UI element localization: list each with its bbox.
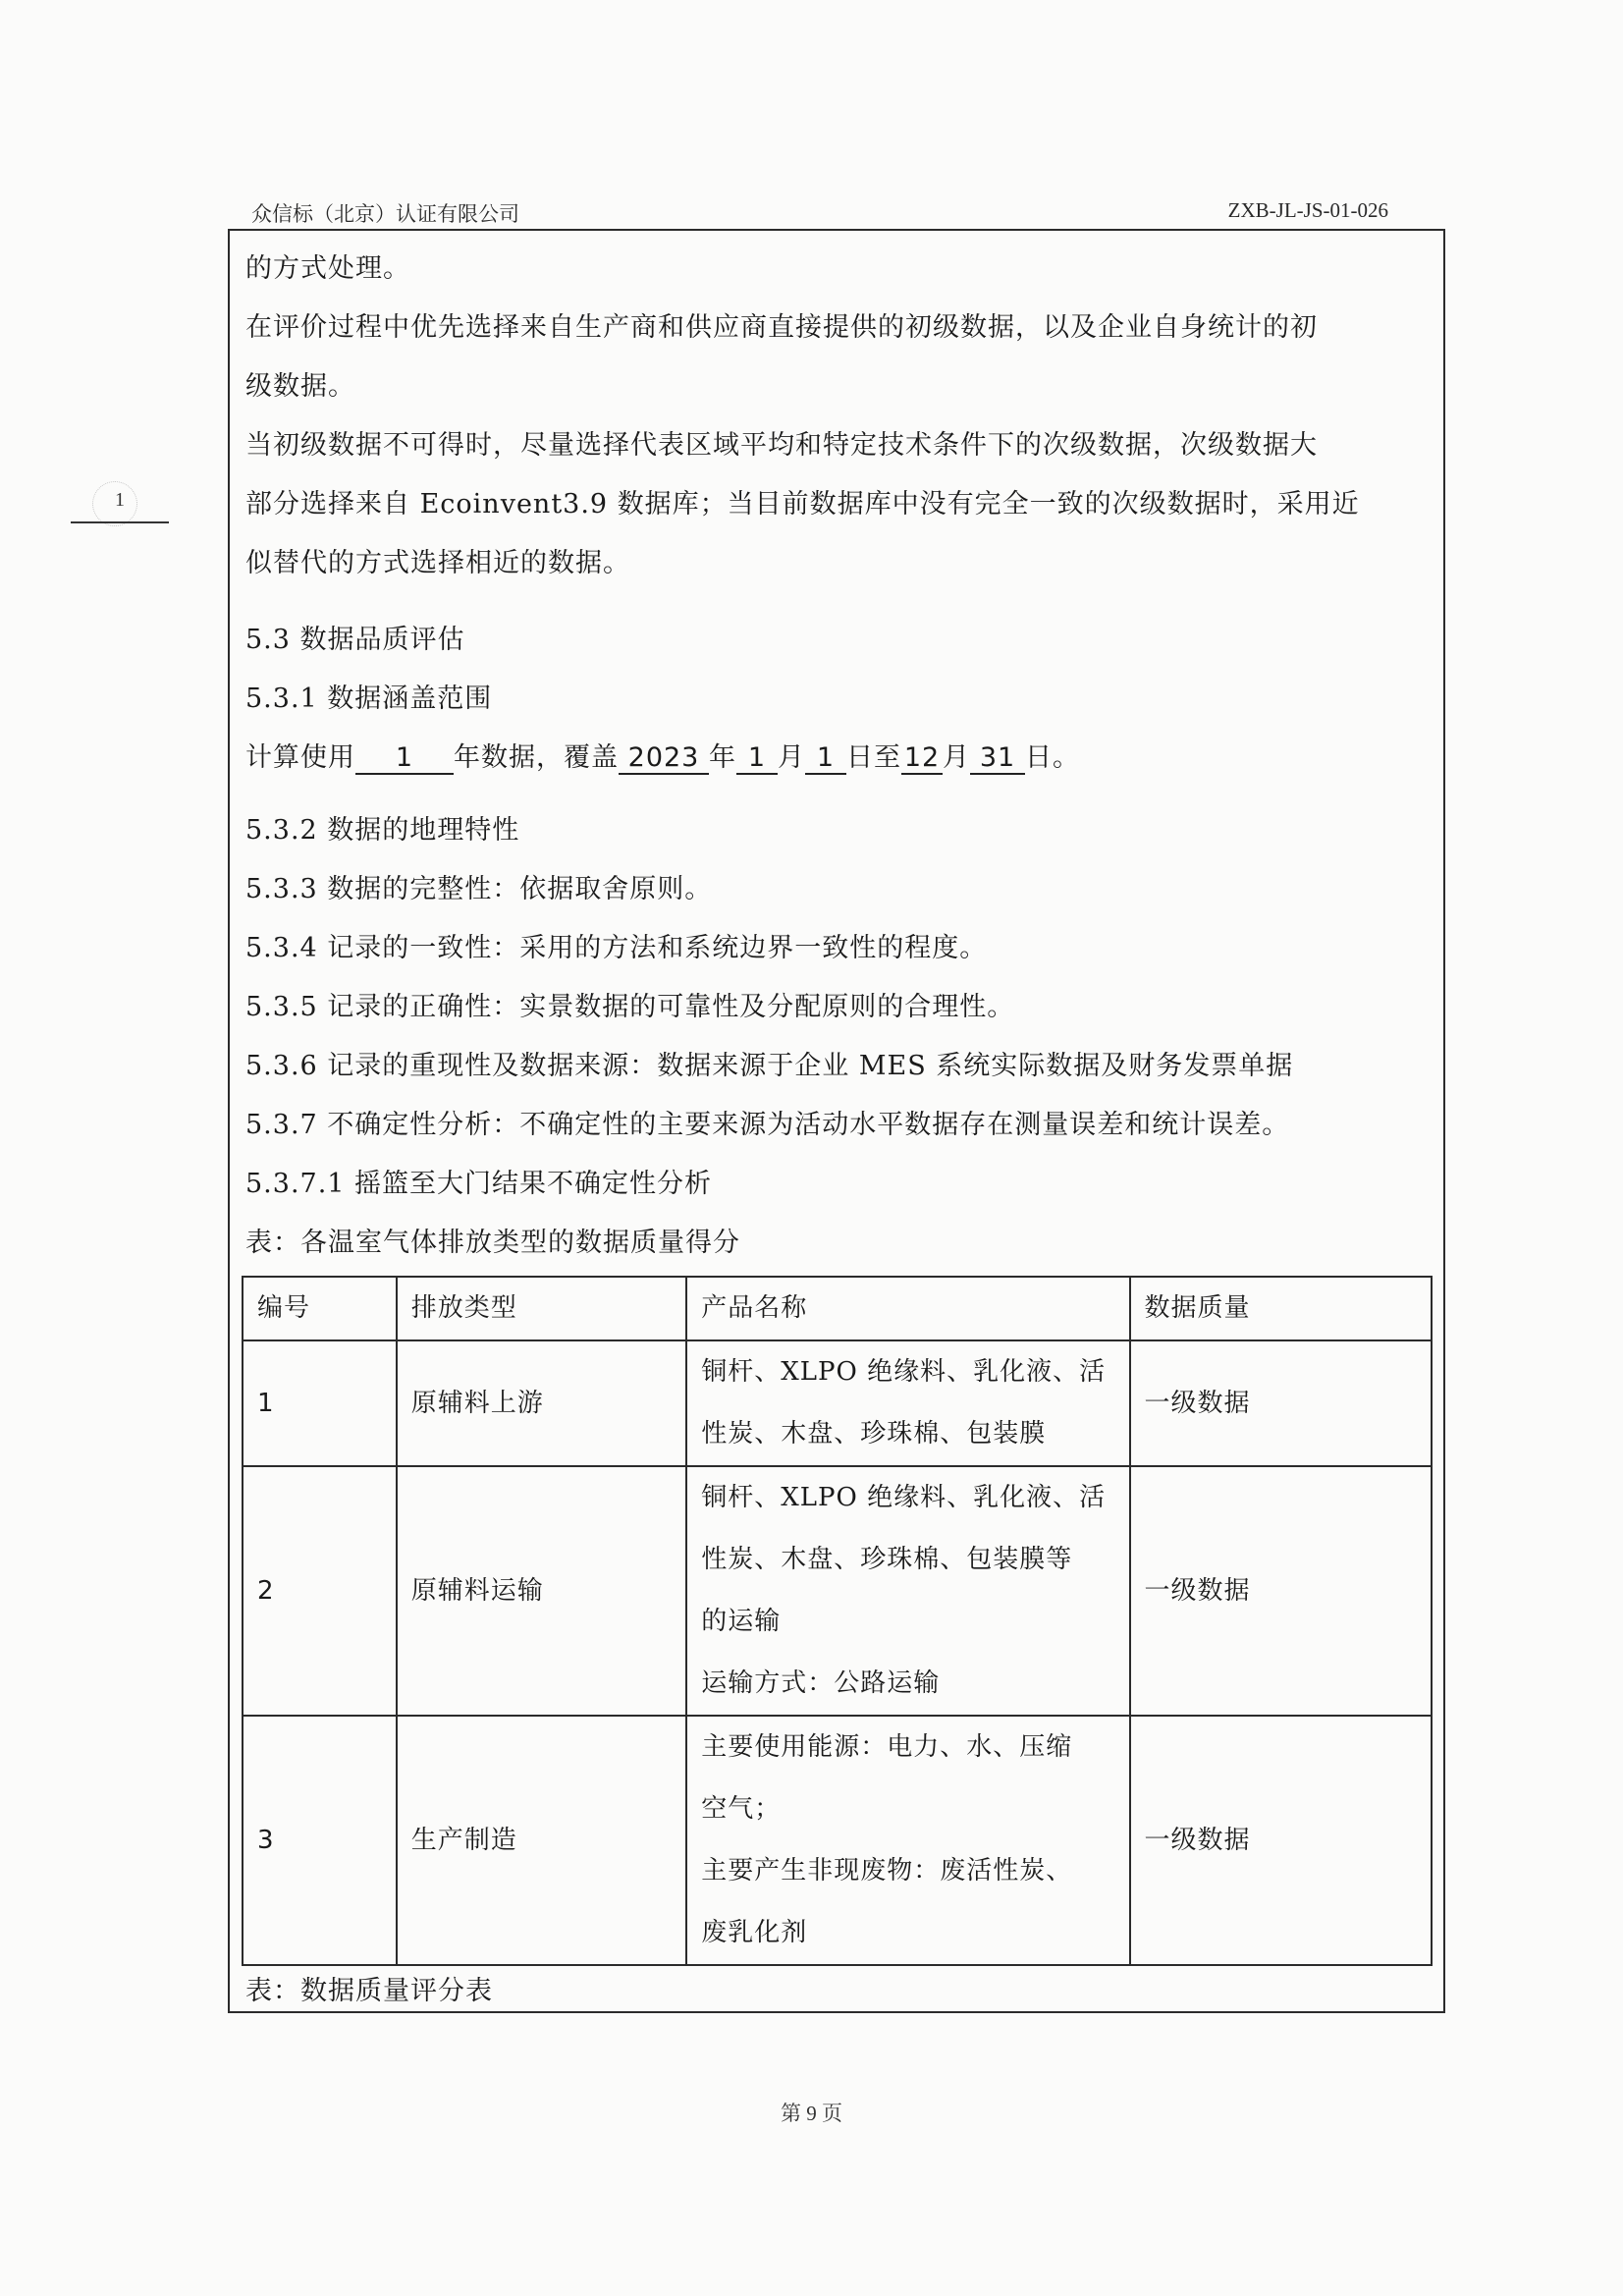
page-number: 第 9 页: [0, 2098, 1623, 2127]
month-label: 月: [943, 742, 970, 773]
row-id: 2: [243, 1466, 397, 1716]
data-quality-table: 编号 排放类型 产品名称 数据质量 1 原辅料上游 铜杆、XLPO 绝缘料、乳化…: [242, 1276, 1433, 1966]
table-caption-bottom: 表：数据质量评分表: [245, 1969, 493, 2007]
page-header: 众信标（北京）认证有限公司 ZXB-JL-JS-01-026: [251, 194, 1388, 226]
paragraph-line: 似替代的方式选择相近的数据。: [245, 541, 630, 579]
years-field[interactable]: 1: [355, 743, 454, 775]
product-line: 主要使用能源：电力、水、压缩: [701, 1717, 1114, 1778]
row-quality: 一级数据: [1130, 1716, 1432, 1965]
section-heading: 5.3.5 记录的正确性：实景数据的可靠性及分配原则的合理性。: [245, 985, 1014, 1023]
table-caption: 表：各温室气体排放类型的数据质量得分: [245, 1221, 740, 1259]
header-cell: 编号: [243, 1277, 397, 1340]
section-heading: 5.3.6 记录的重现性及数据来源：数据来源于企业 MES 系统实际数据及财务发…: [245, 1044, 1293, 1082]
table-row: 2 原辅料运输 铜杆、XLPO 绝缘料、乳化液、活 性炭、木盘、珍珠棉、包装膜等…: [243, 1466, 1432, 1716]
row-product: 主要使用能源：电力、水、压缩 空气； 主要产生非现废物：废活性炭、 废乳化剂: [686, 1716, 1129, 1965]
margin-mark-rule: [71, 521, 169, 523]
header-cell: 产品名称: [686, 1277, 1129, 1340]
year-label: 年: [709, 742, 736, 773]
row-product: 铜杆、XLPO 绝缘料、乳化液、活 性炭、木盘、珍珠棉、包装膜等 的运输 运输方…: [686, 1466, 1129, 1716]
start-year-field[interactable]: 2023: [619, 743, 709, 775]
document-number: ZXB-JL-JS-01-026: [1228, 198, 1388, 223]
row-type: 生产制造: [397, 1716, 686, 1965]
paragraph-line: 当初级数据不可得时，尽量选择代表区域平均和特定技术条件下的次级数据，次级数据大: [245, 423, 1318, 462]
row-id: 1: [243, 1340, 397, 1466]
section-heading: 5.3.7 不确定性分析：不确定性的主要来源为活动水平数据存在测量误差和统计误差…: [245, 1103, 1289, 1141]
section-heading: 5.3.4 记录的一致性：采用的方法和系统边界一致性的程度。: [245, 926, 987, 964]
header-cell: 排放类型: [397, 1277, 686, 1340]
paragraph-line: 部分选择来自 Ecoinvent3.9 数据库；当目前数据库中没有完全一致的次级…: [245, 482, 1360, 520]
section-heading: 5.3 数据品质评估: [245, 618, 465, 656]
row-quality: 一级数据: [1130, 1340, 1432, 1466]
table-header-row: 编号 排放类型 产品名称 数据质量: [243, 1277, 1432, 1340]
product-line: 性炭、木盘、珍珠棉、包装膜: [701, 1403, 1114, 1465]
product-line: 废乳化剂: [701, 1902, 1114, 1964]
header-cell: 数据质量: [1130, 1277, 1432, 1340]
product-line: 性炭、木盘、珍珠棉、包装膜等: [701, 1529, 1114, 1591]
paragraph-line: 级数据。: [245, 364, 355, 403]
start-month-field[interactable]: 1: [736, 743, 778, 775]
product-line: 空气；: [701, 1778, 1114, 1840]
product-line: 铜杆、XLPO 绝缘料、乳化液、活: [701, 1341, 1114, 1403]
section-heading: 5.3.2 数据的地理特性: [245, 808, 519, 847]
product-line: 的运输: [701, 1591, 1114, 1653]
table-row: 1 原辅料上游 铜杆、XLPO 绝缘料、乳化液、活 性炭、木盘、珍珠棉、包装膜 …: [243, 1340, 1432, 1466]
margin-mark-label: 1: [71, 489, 169, 512]
row-quality: 一级数据: [1130, 1466, 1432, 1716]
content-frame: 的方式处理。 在评价过程中优先选择来自生产商和供应商直接提供的初级数据，以及企业…: [228, 229, 1445, 2013]
day-label: 日。: [1025, 742, 1080, 773]
product-line: 运输方式：公路运输: [701, 1653, 1114, 1715]
row-type: 原辅料运输: [397, 1466, 686, 1716]
margin-binding-mark: 1: [71, 481, 169, 524]
end-day-field[interactable]: 31: [970, 743, 1025, 775]
month-label: 月: [778, 742, 805, 773]
company-name: 众信标（北京）认证有限公司: [251, 198, 519, 228]
section-heading: 5.3.1 数据涵盖范围: [245, 677, 492, 715]
end-month-field[interactable]: 12: [901, 743, 943, 775]
paragraph-line: 在评价过程中优先选择来自生产商和供应商直接提供的初级数据，以及企业自身统计的初: [245, 305, 1318, 344]
row-product: 铜杆、XLPO 绝缘料、乳化液、活 性炭、木盘、珍珠棉、包装膜: [686, 1340, 1129, 1466]
start-day-field[interactable]: 1: [805, 743, 846, 775]
product-line: 铜杆、XLPO 绝缘料、乳化液、活: [701, 1467, 1114, 1529]
to-label: 日至: [846, 742, 901, 773]
product-line: 主要产生非现废物：废活性炭、: [701, 1840, 1114, 1902]
row-type: 原辅料上游: [397, 1340, 686, 1466]
table-row: 3 生产制造 主要使用能源：电力、水、压缩 空气； 主要产生非现废物：废活性炭、…: [243, 1716, 1432, 1965]
coverage-mid: 年数据，覆盖: [454, 742, 619, 773]
paragraph-line: 的方式处理。: [245, 246, 410, 285]
section-heading: 5.3.7.1 摇篮至大门结果不确定性分析: [245, 1162, 712, 1200]
section-heading: 5.3.3 数据的完整性：依据取舍原则。: [245, 867, 712, 905]
coverage-prefix: 计算使用: [245, 742, 355, 773]
coverage-line: 计算使用1年数据，覆盖2023年1月1日至12月31日。: [245, 736, 1080, 775]
row-id: 3: [243, 1716, 397, 1965]
